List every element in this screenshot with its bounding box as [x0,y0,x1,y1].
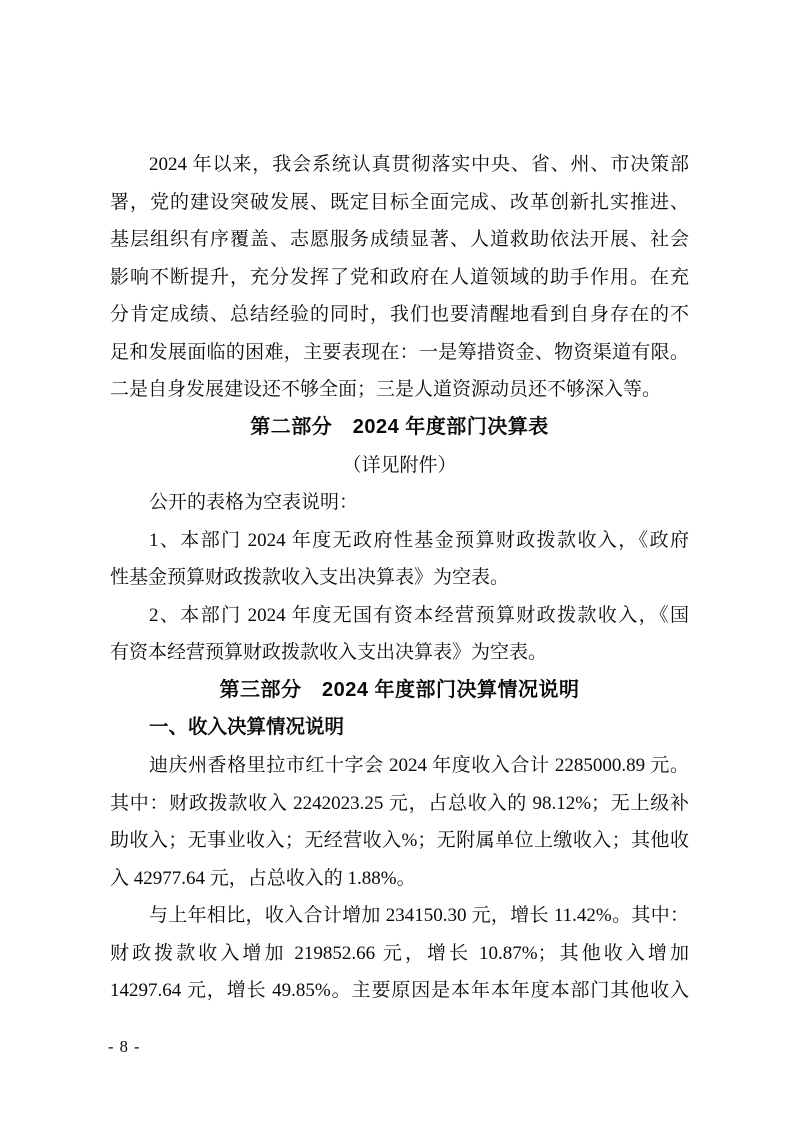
text-line: 基层组织有序覆盖、志愿服务成绩显著、人道救助依法开展、社会 [110,221,689,259]
text-line: 分肯定成绩、总结经验的同时，我们也要清醒地看到自身存在的不 [110,296,689,334]
part2-section: 第二部分 2024 年度部门决算表 （详见附件） 公开的表格为空表说明： 1、本… [110,409,689,672]
intro-paragraph: 2024 年以来，我会系统认真贯彻落实中央、省、州、市决策部 署，党的建设突破发… [110,146,689,409]
text-line: 2024 年以来，我会系统认真贯彻落实中央、省、州、市决策部 [110,146,689,184]
text-block: 2024 年以来，我会系统认真贯彻落实中央、省、州、市决策部 署，党的建设突破发… [110,146,689,1010]
page-number: - 8 - [108,1036,141,1058]
income-comparison-line: 14297.64 元，增长 49.85%。主要原因是本年本年度本部门其他收入 [110,972,689,1010]
income-section-heading: 一、收入决算情况说明 [110,709,689,747]
income-paragraph-line: 助收入；无事业收入；无经营收入%；无附属单位上缴收入；其他收 [110,822,689,860]
part2-title: 第二部分 2024 年度部门决算表 [110,409,689,447]
attachment-note: （详见附件） [110,447,689,485]
income-paragraph-line: 入 42977.64 元，占总收入的 1.88%。 [110,860,689,898]
income-comparison-line: 与上年相比，收入合计增加 234150.30 元，增长 11.42%。其中： [110,897,689,935]
empty-table-note: 公开的表格为空表说明： [110,484,689,522]
part3-title: 第三部分 2024 年度部门决算情况说明 [110,672,689,710]
text-line: 影响不断提升，充分发挥了党和政府在人道领域的助手作用。在充 [110,259,689,297]
empty-table-item1-line: 1、本部门 2024 年度无政府性基金预算财政拨款收入，《政府 [110,522,689,560]
part3-section: 第三部分 2024 年度部门决算情况说明 一、收入决算情况说明 迪庆州香格里拉市… [110,672,689,1010]
text-line: 足和发展面临的困难，主要表现在：一是筹措资金、物资渠道有限。 [110,334,689,372]
income-paragraph-line: 其中：财政拨款收入 2242023.25 元，占总收入的 98.12%；无上级补 [110,785,689,823]
empty-table-item2-line: 有资本经营预算财政拨款收入支出决算表》为空表。 [110,634,689,672]
empty-table-item2-line: 2、本部门 2024 年度无国有资本经营预算财政拨款收入，《国 [110,597,689,635]
empty-table-item1-line: 性基金预算财政拨款收入支出决算表》为空表。 [110,559,689,597]
document-page: 2024 年以来，我会系统认真贯彻落实中央、省、州、市决策部 署，党的建设突破发… [0,0,793,1122]
income-comparison-line: 财政拨款收入增加 219852.66 元，增长 10.87%；其他收入增加 [110,935,689,973]
text-line: 二是自身发展建设还不够全面；三是人道资源动员还不够深入等。 [110,371,689,409]
text-line: 署，党的建设突破发展、既定目标全面完成、改革创新扎实推进、 [110,184,689,222]
income-paragraph-line: 迪庆州香格里拉市红十字会 2024 年度收入合计 2285000.89 元。 [110,747,689,785]
